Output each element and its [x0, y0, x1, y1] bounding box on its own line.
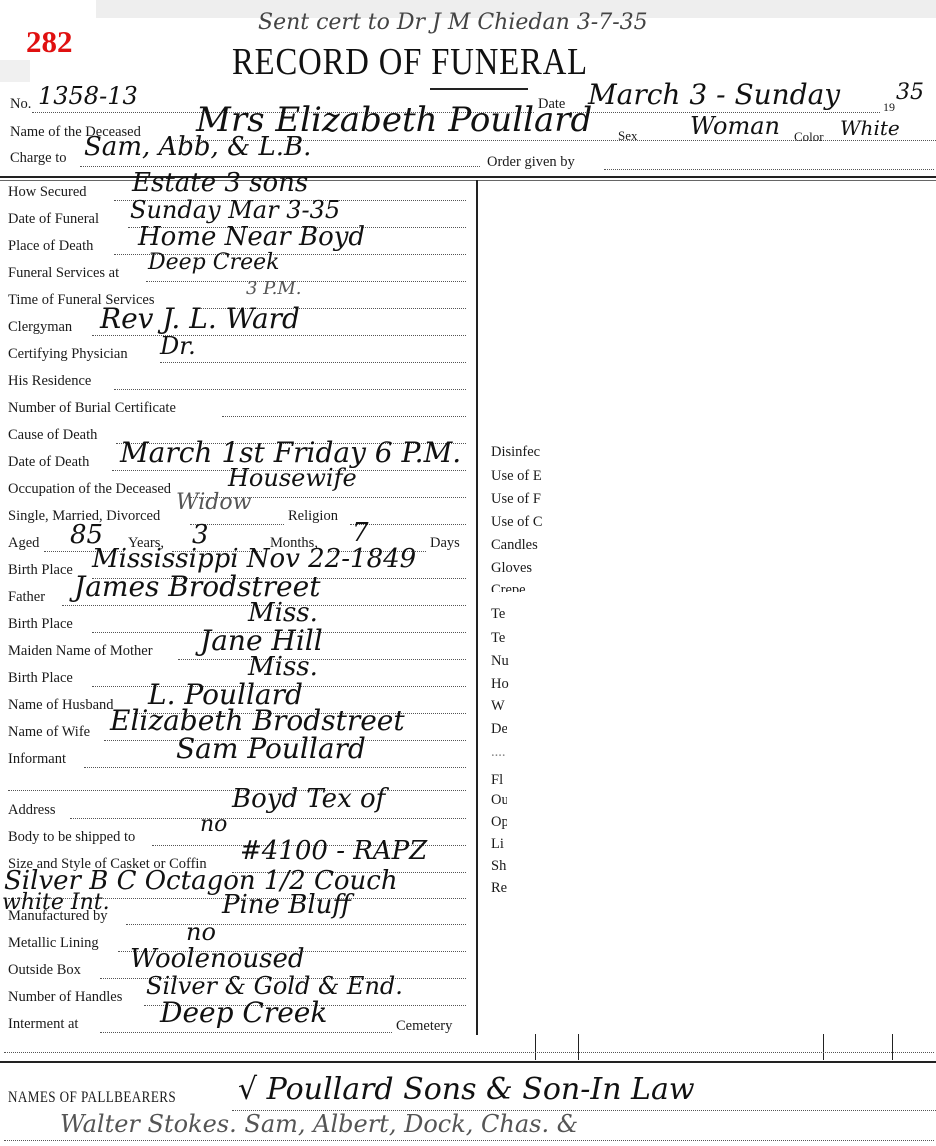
field-value[interactable]: Widow: [176, 490, 251, 515]
right-label: Sh: [491, 858, 507, 875]
right-label: W: [491, 698, 507, 715]
field-value[interactable]: Woolenoused: [130, 944, 304, 974]
pallbearers-label: NAMES OF PALLBEARERS: [8, 1089, 176, 1107]
field-label: Birth Place: [8, 562, 73, 579]
field-label: Clergyman: [8, 319, 72, 336]
religion-label: Religion: [288, 508, 338, 525]
table-divider: [823, 1034, 824, 1060]
field-value[interactable]: Sunday Mar 3-35: [130, 196, 340, 224]
field-label: Informant: [8, 751, 66, 768]
cemetery-label: Cemetery: [396, 1018, 452, 1035]
field-value[interactable]: 3 P.M.: [246, 278, 302, 299]
field-line: [70, 818, 466, 819]
right-label: ....: [491, 744, 507, 761]
right-label: Te: [491, 606, 507, 623]
year-value[interactable]: 35: [896, 80, 924, 105]
charge-dotted-line: [80, 166, 480, 167]
right-label: Use of C: [491, 514, 555, 531]
record-number[interactable]: 1358-13: [38, 82, 138, 110]
field-value[interactable]: Sam Poullard: [176, 732, 366, 765]
field-label: Outside Box: [8, 962, 81, 979]
right-label: Op: [491, 814, 507, 831]
field-label: Number of Handles: [8, 989, 122, 1006]
field-label: His Residence: [8, 373, 91, 390]
field-label: Date of Funeral: [8, 211, 99, 228]
days-label: Days: [430, 535, 460, 552]
charge-value[interactable]: Sam, Abb, & L.B.: [84, 132, 311, 162]
field-line: [92, 335, 466, 336]
color-label: Color: [794, 129, 824, 145]
right-label: Crepe: [491, 582, 555, 592]
field-label: Birth Place: [8, 616, 73, 633]
field-line: [160, 362, 466, 363]
field-label: Date of Death: [8, 454, 89, 471]
field-line: [84, 767, 466, 768]
field-value[interactable]: Home Near Boyd: [138, 222, 365, 252]
right-label: Use of F: [491, 491, 555, 508]
table-divider: [892, 1034, 893, 1060]
right-label: Nu: [491, 653, 509, 670]
table-divider: [578, 1034, 579, 1060]
field-label: Body to be shipped to: [8, 829, 135, 846]
field-label: Aged: [8, 535, 39, 552]
table-bottom-rule: [0, 1061, 936, 1063]
right-label: Gloves: [491, 560, 555, 577]
field-label: Metallic Lining: [8, 935, 99, 952]
field-value[interactable]: #4100 - RAPZ: [240, 836, 427, 866]
field-line: [178, 659, 466, 660]
field-label: Interment at: [8, 1016, 78, 1033]
pallbearers-line: [4, 1140, 934, 1141]
field-value[interactable]: Estate 3 sons: [132, 168, 308, 198]
field-label: Birth Place: [8, 670, 73, 687]
field-line: [114, 389, 466, 390]
field-value[interactable]: no: [186, 918, 216, 946]
order-label: Order given by: [487, 154, 575, 171]
right-label: Disinfec: [491, 444, 555, 461]
page-number: 282: [26, 24, 73, 60]
right-label: Li: [491, 836, 507, 853]
pallbearers-line2[interactable]: Walter Stokes. Sam, Albert, Dock, Chas. …: [60, 1110, 578, 1138]
field-value[interactable]: Dr.: [160, 332, 196, 360]
column-divider: [476, 180, 478, 1035]
field-line: [222, 416, 466, 417]
order-dotted-line: [604, 169, 934, 170]
right-label: Re: [491, 880, 507, 897]
field-label: Place of Death: [8, 238, 93, 255]
pallbearers-line1[interactable]: √ Poullard Sons & Son-In Law: [238, 1072, 695, 1107]
field-label: Number of Burial Certificate: [8, 400, 176, 417]
color-value[interactable]: White: [840, 116, 900, 140]
field-line: [146, 281, 466, 282]
year-prefix: 19: [883, 100, 895, 115]
field-line: [126, 924, 466, 925]
right-label: De: [491, 721, 507, 738]
field-value[interactable]: no: [200, 812, 227, 837]
date-value[interactable]: March 3 - Sunday: [588, 78, 840, 111]
field-value-pre[interactable]: white Int.: [2, 890, 110, 915]
right-label: Candles: [491, 537, 555, 554]
field-label: How Secured: [8, 184, 87, 201]
field-label: Certifying Physician: [8, 346, 128, 363]
field-label: Maiden Name of Mother: [8, 643, 153, 660]
field-value[interactable]: Rev J. L. Ward: [100, 302, 300, 335]
right-label: Te: [491, 630, 507, 647]
field-label: Occupation of the Deceased: [8, 481, 171, 498]
right-label: Use of E: [491, 468, 555, 485]
table-divider: [535, 1034, 536, 1060]
no-label: No.: [10, 96, 31, 113]
field-label: Address: [8, 802, 56, 819]
right-label: Ou: [491, 792, 507, 809]
field-label: Name of Wife: [8, 724, 90, 741]
right-label: Ho: [491, 676, 509, 693]
scan-edge: [0, 60, 30, 82]
title-underline: [430, 88, 528, 90]
field-value[interactable]: Housewife: [228, 464, 357, 492]
field-value[interactable]: Pine Bluff: [222, 890, 351, 920]
sex-label: Sex: [618, 128, 638, 144]
document-title: RECORD OF FUNERAL: [232, 40, 636, 84]
field-value[interactable]: Boyd Tex of: [232, 784, 385, 814]
top-annotation: Sent cert to Dr J M Chiedan 3-7-35: [258, 10, 648, 35]
right-label: Fl: [491, 772, 507, 789]
field-label: Father: [8, 589, 45, 606]
table-dotted-line: [4, 1052, 934, 1053]
sex-value[interactable]: Woman: [690, 112, 780, 140]
field-label: Cause of Death: [8, 427, 97, 444]
field-line: [100, 1032, 392, 1033]
field-label: Name of Husband: [8, 697, 114, 714]
charge-label: Charge to: [10, 150, 67, 167]
field-value[interactable]: Deep Creek: [148, 250, 279, 275]
field-value[interactable]: Deep Creek: [160, 996, 327, 1029]
field-label: Funeral Services at: [8, 265, 119, 282]
